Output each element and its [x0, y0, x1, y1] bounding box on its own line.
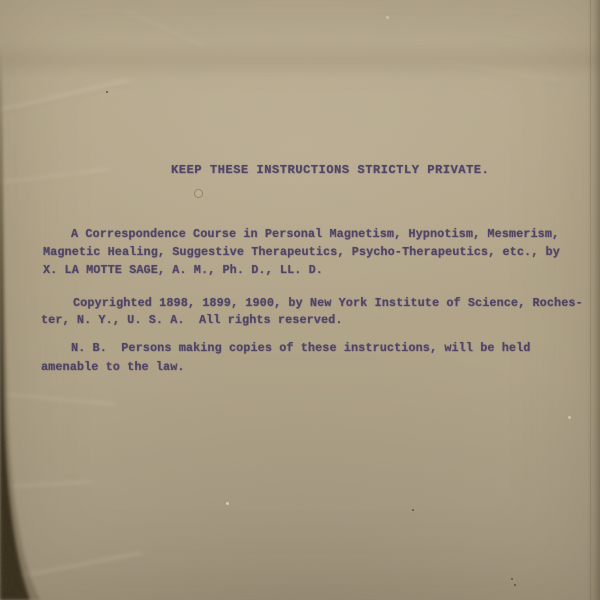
paragraph-notice-line-1: N. B. Persons making copies of these ins… — [71, 341, 530, 355]
book-edge-shadow — [0, 0, 44, 600]
paragraph-course-line-2: Magnetic Healing, Suggestive Therapeutic… — [43, 245, 560, 259]
paragraph-copyright-line-1: Copyrighted 1898, 1899, 1900, by New Yor… — [73, 296, 583, 310]
paragraph-copyright-line-2: ter, N. Y., U. S. A. All rights reserved… — [41, 313, 343, 327]
page-edge-line — [590, 0, 591, 600]
paragraph-notice-line-2: amenable to the law. — [41, 360, 185, 374]
photographed-document-page: KEEP THESE INSTRUCTIONS STRICTLY PRIVATE… — [0, 0, 600, 600]
paragraph-course-line-3: X. LA MOTTE SAGE, A. M., Ph. D., LL. D. — [43, 263, 323, 277]
page-title: KEEP THESE INSTRUCTIONS STRICTLY PRIVATE… — [171, 163, 489, 177]
page-edge-shadow-right — [586, 0, 600, 600]
paragraph-course-line-1: A Correspondence Course in Personal Magn… — [71, 227, 559, 241]
typewritten-text-block: KEEP THESE INSTRUCTIONS STRICTLY PRIVATE… — [0, 0, 600, 600]
